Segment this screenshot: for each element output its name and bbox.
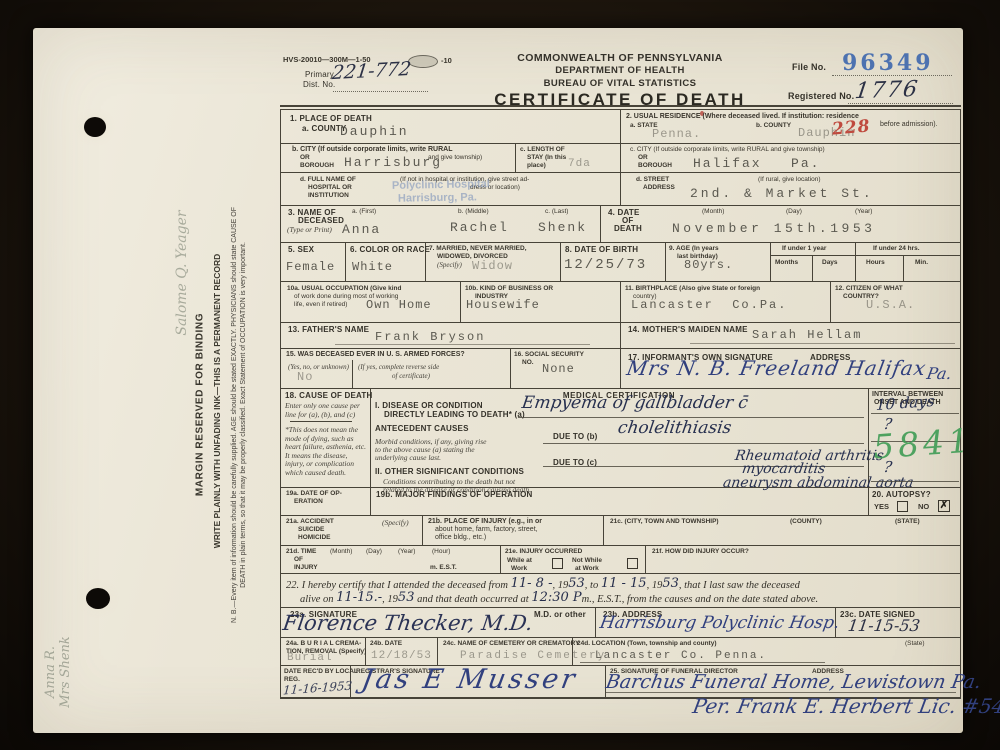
field-21e-notwhile2: at Work <box>575 565 599 572</box>
field-3b-label: b. (Middle) <box>458 208 489 215</box>
rule <box>770 242 771 281</box>
bureau-line: BUREAU OF VITAL STATISTICS <box>470 78 770 89</box>
field-21e-label: 21e. INJURY OCCURRED <box>505 548 582 555</box>
field-24d-state-label: (State) <box>905 640 925 647</box>
field-12-value: U.S.A. <box>866 298 915 312</box>
field-21d-label1: 21d. TIME <box>286 548 316 555</box>
field-14-value: Sarah Hellam <box>752 328 862 342</box>
union-stamp-icon <box>408 55 438 68</box>
field-2c-value: Halifax Pa. <box>693 156 820 171</box>
physician-signature: Florence Thecker, M.D. <box>281 611 534 635</box>
certify-line2: alive on 11-15.-, 1953 and that death oc… <box>300 591 818 606</box>
field-10a-value: Own Home <box>366 298 432 312</box>
field-9-min-label: Min. <box>915 259 928 266</box>
informant-signature-overflow: Pa. <box>925 364 953 383</box>
field-2c-borough: BOROUGH <box>638 162 672 169</box>
margin-pencil-note-line1: Anna R. <box>43 612 58 732</box>
field-21b-label2: about home, farm, factory, street, <box>435 526 538 533</box>
rule <box>620 348 621 388</box>
commonwealth-line: COMMONWEALTH OF PENNSYLVANIA <box>470 52 770 64</box>
field-24a-value: Burial <box>287 652 333 664</box>
field-18-note1: Enter only one cause per line for (a), (… <box>285 402 365 419</box>
field-9-under24-label: If under 24 hrs. <box>873 245 920 252</box>
rule <box>620 281 621 348</box>
field-1-title: 1. PLACE OF DEATH <box>290 114 372 123</box>
field-18-title: 18. CAUSE OF DEATH <box>285 391 372 400</box>
death-certificate-photo: MARGIN RESERVED FOR BINDING WRITE PLAINL… <box>0 0 1000 750</box>
field-2-title: 2. USUAL RESIDENCE (Where deceased lived… <box>626 113 859 120</box>
injury-not-while-at-work-checkbox <box>627 558 638 569</box>
field-2-title2: before admission). <box>880 121 938 128</box>
field-21c-county: (COUNTY) <box>790 518 822 525</box>
field-21d-day: (Day) <box>366 548 382 555</box>
rule <box>812 255 813 281</box>
rule <box>960 110 961 698</box>
field-2b-red-number: 228 <box>831 116 871 139</box>
field-2c-label: c. CITY (If outside corporate limits, wr… <box>630 146 825 153</box>
rule <box>280 242 961 243</box>
rule <box>690 343 955 344</box>
field-21c-label1: 21c. (CITY, TOWN AND TOWNSHIP) <box>610 518 719 525</box>
rule <box>620 110 621 205</box>
field-21f-label: 21f. HOW DID INJURY OCCUR? <box>652 548 749 555</box>
field-1b-borough: BOROUGH <box>300 162 334 169</box>
cause-of-death-b-value: cholelithiasis <box>617 418 733 438</box>
autopsy-yes-label: YES <box>874 502 889 511</box>
field-7-label1: 7. MARRIED, NEVER MARRIED, <box>429 245 527 252</box>
field-21d-month: (Month) <box>330 548 352 555</box>
margin-binding-note: MARGIN RESERVED FOR BINDING <box>195 250 206 560</box>
field-3a-label: a. (First) <box>352 208 376 215</box>
rule <box>280 110 281 698</box>
field-12-label1: 12. CITIZEN OF WHAT <box>835 285 903 292</box>
field-24d-label: 24d. LOCATION (Town, township and county… <box>577 640 717 647</box>
field-18-antecedent-label: ANTECEDENT CAUSES <box>375 424 469 433</box>
field-20-label: 20. AUTOPSY? <box>872 490 931 499</box>
rule <box>600 205 601 242</box>
field-9-value: 80yrs. <box>684 258 733 272</box>
rule <box>280 637 961 638</box>
punch-hole-bottom <box>86 588 110 609</box>
rule <box>645 545 646 573</box>
rule <box>830 281 831 322</box>
field-9-days-label: Days <box>822 259 838 266</box>
field-21c-state: (STATE) <box>895 518 920 525</box>
rule <box>280 573 961 574</box>
field-14-label: 14. MOTHER'S MAIDEN NAME <box>628 325 748 334</box>
field-18-morbid3: underlying cause last. <box>375 453 441 462</box>
certify-year-alive: 53 <box>398 590 415 605</box>
field-3-middle-value: Rachel <box>450 220 509 235</box>
field-10a-label1: 10a. USUAL OCCUPATION (Give kind <box>287 285 402 292</box>
field-18-due-b-label: DUE TO (b) <box>553 432 598 441</box>
field-1b-value: Harrisburg <box>344 155 442 170</box>
certify-date-from: 11- 8 - <box>511 576 553 591</box>
rule <box>280 105 961 107</box>
field-1c-label3: place) <box>527 162 546 169</box>
registered-no-label: Registered No. <box>788 91 854 101</box>
field-21d-hour: (Hour) <box>432 548 450 555</box>
autopsy-no-checkbox: ✗ <box>938 500 950 512</box>
field-2d-value: 2nd. & Market St. <box>690 186 874 201</box>
field-1c-label2: STAY (In this <box>527 154 566 161</box>
field-8-label: 8. DATE OF BIRTH <box>565 245 638 254</box>
field-24c-label: 24c. NAME OF CEMETERY OR CREMATORY <box>443 640 579 647</box>
rule <box>770 255 961 256</box>
field-11-label1: 11. BIRTHPLACE (Also give State or forei… <box>625 285 760 292</box>
rule <box>560 242 561 281</box>
field-1d-label2: HOSPITAL OR <box>308 184 352 191</box>
file-no-label: File No. <box>792 62 826 72</box>
rule <box>280 205 961 206</box>
field-3c-label: c. (Last) <box>545 208 568 215</box>
field-16-value: None <box>542 362 575 376</box>
field-5-value: Female <box>286 260 335 274</box>
rule <box>603 515 604 545</box>
rule <box>580 662 825 663</box>
field-6-value: White <box>352 260 393 274</box>
injury-while-at-work-checkbox <box>552 558 563 569</box>
margin-pencil-name: Salome Q. Yeager <box>174 188 190 358</box>
field-2d-label1: d. STREET <box>636 176 669 183</box>
rule <box>855 242 856 281</box>
margin-write-plainly-note: WRITE PLAINLY WITH UNFADING INK—THIS IS … <box>212 166 222 636</box>
certify-text: , that I last saw the deceased <box>679 580 800 591</box>
dist-no-value: 221-772 <box>331 58 413 84</box>
field-1c-value: 7da <box>568 158 591 170</box>
field-4-month-label: (Month) <box>702 208 724 215</box>
field-19a-label1: 19a. DATE OF OP- <box>286 490 342 497</box>
form-number-suffix: -10 <box>441 56 452 65</box>
rule <box>903 255 904 281</box>
field-21a-label1: 21a. ACCIDENT <box>286 518 334 525</box>
field-13-value: Frank Bryson <box>375 330 485 344</box>
field-6-label: 6. COLOR OR RACE <box>350 245 430 254</box>
certify-year-to: 53 <box>662 576 679 591</box>
field-16-label2: NO. <box>522 359 534 366</box>
field-24d-value: Lancaster Co. Penna. <box>595 650 767 662</box>
autopsy-no-label: NO <box>918 502 929 511</box>
field-18-i-label2: DIRECTLY LEADING TO DEATH* (a) <box>384 410 525 419</box>
field-2d-note: (If rural, give location) <box>758 176 821 183</box>
rule <box>595 607 596 637</box>
department-line: DEPARTMENT OF HEALTH <box>470 65 770 76</box>
field-9-label1: 9. AGE (In years <box>669 245 719 252</box>
rule <box>437 637 438 665</box>
field-1c-label1: c. LENGTH OF <box>520 146 565 153</box>
cause-of-death-a-value: Empyema of gallbladder c̄ <box>521 393 750 413</box>
field-8-value: 12/25/73 <box>564 257 647 273</box>
rule <box>871 481 959 482</box>
field-1a-value: Dauphin <box>340 124 409 139</box>
funeral-director-signature: Barchus Funeral Home, Lewistown Pa. <box>604 671 983 693</box>
margin-pencil-note-line2: Mrs Shenk <box>58 612 73 732</box>
field-4-day-label: (Day) <box>786 208 802 215</box>
funeral-director-per-line: Per. Frank E. Herbert Lic. #5424 <box>691 694 1000 718</box>
field-3-title3: (Type or Print) <box>287 225 332 234</box>
certificate-title: CERTIFICATE OF DEATH <box>450 90 790 110</box>
field-21d-label3: INJURY <box>294 564 318 571</box>
rule <box>500 545 501 573</box>
field-3-last-value: Shenk <box>538 220 587 235</box>
rule <box>280 607 961 608</box>
field-10b-label1: 10b. KIND OF BUSINESS OR <box>465 285 553 292</box>
field-21e-notwhile1: Not While <box>572 557 602 564</box>
physician-address: Harrisburg Polyclinic Hosp. <box>598 613 841 633</box>
field-21d-year: (Year) <box>398 548 415 555</box>
field-4-title3: DEATH <box>614 224 642 233</box>
registered-no-value: 1776 <box>853 77 920 104</box>
date-recd-label1: DATE REC'D BY LOCAL <box>284 668 358 675</box>
field-24c-value: Paradise Cemetery <box>460 650 606 662</box>
informant-signature: Mrs N. B. Freeland Halifax <box>625 356 928 380</box>
field-21e-while1: While at <box>507 557 532 564</box>
field-1d-label1: d. FULL NAME OF <box>300 176 356 183</box>
field-4-year-label: (Year) <box>855 208 872 215</box>
date-signed-value: 11-15-53 <box>847 616 922 635</box>
field-11-value: Lancaster Co.Pa. <box>631 298 787 312</box>
field-2b-label: b. COUNTY <box>756 122 791 129</box>
rule <box>606 692 956 693</box>
field-21e-while2: Work <box>511 565 527 572</box>
certify-year-from: 53 <box>568 576 585 591</box>
field-10a-label3: life, even if retired) <box>294 301 347 308</box>
registrar-signature: Jas E Musser <box>359 664 580 695</box>
certify-text: m., E.S.T., from the causes and on the d… <box>582 594 819 605</box>
rule <box>352 360 353 388</box>
field-21b-label1: 21b. PLACE OF INJURY (e.g., in or <box>428 518 542 525</box>
field-24b-label: 24b. DATE <box>370 640 402 647</box>
field-15-note2a: (If yes, complete reverse side <box>358 363 439 371</box>
margin-pencil-note: Anna R. Mrs Shenk <box>43 612 73 732</box>
certify-text: and that death occurred at <box>414 594 531 605</box>
field-21a-label3: HOMICIDE <box>298 534 331 541</box>
margin-nb-line1: N. B.—Every item of information should b… <box>230 130 239 700</box>
certify-text: , 19 <box>647 580 663 591</box>
field-21a-specify: (Specify) <box>382 518 409 527</box>
rule <box>515 143 516 172</box>
field-9-hours-label: Hours <box>866 259 885 266</box>
field-15-label: 15. WAS DECEASED EVER IN U. S. ARMED FOR… <box>286 351 465 358</box>
dist-no-line <box>333 91 428 92</box>
certify-time-of-death: 12:30 P <box>531 590 581 605</box>
rule <box>345 242 346 281</box>
certify-date-to: 11 - 15 <box>601 576 647 591</box>
field-3-title2: DECEASED <box>298 216 344 225</box>
rule <box>280 388 961 389</box>
field-21a-label2: SUICIDE <box>298 526 324 533</box>
certify-date-alive: 11-15.- <box>336 590 382 605</box>
rule <box>510 348 511 388</box>
field-10b-value: Housewife <box>466 298 540 312</box>
rule <box>280 545 961 546</box>
field-21b-label3: office bldg., etc.) <box>435 534 486 541</box>
field-7-specify: (Specify) <box>437 261 462 269</box>
field-18-i-label1: I. DISEASE OR CONDITION <box>375 401 483 410</box>
rule <box>460 281 461 322</box>
punch-hole-top <box>84 117 106 137</box>
field-9-under1yr-label: If under 1 year <box>782 245 826 252</box>
hospital-stamp-line2: Harrisburg, Pa. <box>398 191 477 204</box>
field-2c-or: OR <box>638 154 648 161</box>
field-23a-md-label: M.D. or other <box>534 610 586 619</box>
field-4-value: November 15th.1953 <box>672 221 875 236</box>
field-9-months-label: Months <box>775 259 798 266</box>
field-18-note2: *This does not mean the mode of dying, s… <box>285 426 367 477</box>
field-1d-label3: INSTITUTION <box>308 192 349 199</box>
field-13-label: 13. FATHER'S NAME <box>288 325 369 334</box>
other-conditions-line3: aneurysm abdominal aorta <box>722 475 915 491</box>
field-1b-or: OR <box>300 154 310 161</box>
field-7-value: Widow <box>472 259 513 273</box>
certify-text: alive on <box>300 594 336 605</box>
autopsy-yes-checkbox <box>897 501 908 512</box>
margin-nb-line2: DEATH in plain terms, so that it may be … <box>239 130 248 700</box>
field-21d-est: m. E.S.T. <box>430 564 457 571</box>
field-16-label1: 16. SOCIAL SECURITY <box>514 351 584 358</box>
field-2a-value: Penna. <box>652 127 701 141</box>
field-19b-label: 19b. MAJOR FINDINGS OF OPERATION <box>376 490 533 499</box>
rule <box>543 443 864 444</box>
field-24b-value: 12/18/53 <box>371 650 432 662</box>
field-5-label: 5. SEX <box>288 245 314 254</box>
certify-text: , 19 <box>382 594 398 605</box>
margin-nb-note: N. B.—Every item of information should b… <box>230 130 248 700</box>
rule <box>871 413 959 414</box>
field-19a-label2: ERATION <box>294 498 323 505</box>
rule <box>370 388 371 515</box>
primary-label: Primary <box>305 70 334 79</box>
field-21d-label2: OF <box>294 556 303 563</box>
field-15-note2b: of certificate) <box>392 372 430 380</box>
field-1b-label: b. CITY (If outside corporate limits, wr… <box>292 146 453 153</box>
field-15-value: No <box>297 370 313 384</box>
field-3-first-value: Anna <box>342 222 381 237</box>
rule <box>280 515 961 516</box>
certify-text: , to <box>585 580 601 591</box>
field-18-ii-label: II. OTHER SIGNIFICANT CONDITIONS <box>375 467 524 476</box>
rule <box>335 344 590 345</box>
rule <box>422 515 423 545</box>
rule <box>290 421 352 422</box>
hospital-stamp-line1: Polyclinic Hospital <box>392 178 490 192</box>
file-no-value: 96349 <box>842 50 934 76</box>
field-24a-label1: 24a. B U R I A L CREMA- <box>286 640 361 647</box>
field-2d-label2: ADDRESS <box>643 184 675 191</box>
rule <box>665 242 666 281</box>
